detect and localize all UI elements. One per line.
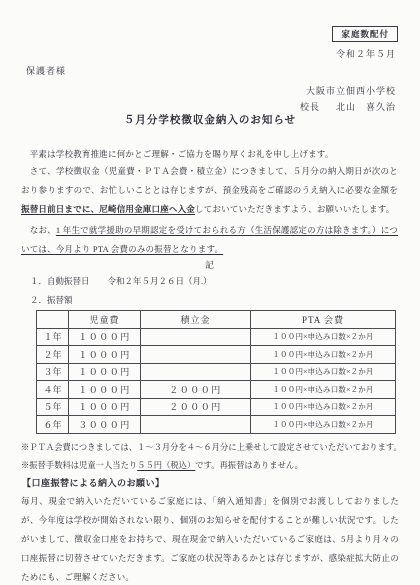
fee-note-text: ※振替手数料は児童一人当たり bbox=[21, 461, 137, 470]
first-grade-underline: 1 年生で就学援助の早期認定を受けておられる方（生活保護認定の方は除きます。）に… bbox=[21, 225, 398, 254]
amounts-table-wrapper: 児童費 積立金 PTA 会費 １年 １０００円 １００円×申込み口数×２か月 ２… bbox=[36, 310, 396, 434]
header-tsumitate: 積立金 bbox=[141, 311, 251, 329]
pta-cell: １００円×申込み口数×２か月 bbox=[251, 363, 396, 381]
account-transfer-request-paragraph: 毎月、現金で納入いただいているご家庭には、「納入通知書」を個別でお渡ししておりま… bbox=[21, 492, 399, 585]
recipient-line: 保護者様 bbox=[26, 64, 66, 77]
table-header-row: 児童費 積立金 PTA 会費 bbox=[37, 311, 396, 329]
grade-cell: ３年 bbox=[37, 363, 69, 381]
table-row: ３年 １０００円 １００円×申込み口数×２か月 bbox=[37, 363, 396, 381]
jidohi-cell: １０００円 bbox=[69, 328, 141, 346]
fee-note-tail: です。再振替はありません。 bbox=[195, 461, 303, 470]
pta-cell: １００円×申込み口数×２か月 bbox=[251, 398, 396, 416]
header-pta: PTA 会費 bbox=[251, 311, 396, 329]
tsumitate-cell bbox=[141, 363, 251, 381]
jidohi-cell: ３０００円 bbox=[69, 416, 141, 434]
pta-cell: １００円×申込み口数×２か月 bbox=[251, 381, 396, 399]
auto-transfer-date-label: １．自動振替日 bbox=[30, 276, 90, 286]
pta-fee-note: ※ＰＴＡ会費につきましては、１～３月分を４～６月分に上乗せして設定させていただい… bbox=[21, 439, 404, 457]
main-paragraph: さて、学校徴収金（児童費・ＰＴＡ会費・積立金）につきまして、５月分の納入期日が次… bbox=[21, 162, 398, 219]
document-title: ５月分学校徴収金納入のお知らせ bbox=[0, 112, 420, 127]
pta-cell: １００円×申込み口数×２か月 bbox=[251, 328, 396, 346]
pta-cell: １００円×申込み口数×２か月 bbox=[251, 346, 396, 364]
table-row: ４年 １０００円 ２０００円 １００円×申込み口数×２か月 bbox=[37, 381, 396, 399]
note-lead: なお、 bbox=[21, 225, 56, 235]
amounts-table: 児童費 積立金 PTA 会費 １年 １０００円 １００円×申込み口数×２か月 ２… bbox=[36, 310, 396, 434]
jidohi-cell: １０００円 bbox=[69, 381, 141, 399]
principal-title: 校長 bbox=[300, 102, 320, 112]
transfer-amount-item: ２．振替額 bbox=[30, 291, 73, 310]
school-name: 大阪市立佃西小学校 bbox=[306, 84, 396, 97]
principal-name: 北山 喜久治 bbox=[336, 102, 396, 112]
issue-date: 令和２年５月 bbox=[336, 47, 396, 60]
header-jidohi: 児童費 bbox=[69, 311, 141, 329]
table-row: ２年 １０００円 １００円×申込み口数×２か月 bbox=[37, 346, 396, 364]
grade-cell: ６年 bbox=[37, 416, 69, 434]
grade-cell: ４年 bbox=[37, 381, 69, 399]
tsumitate-cell bbox=[141, 328, 251, 346]
tsumitate-cell bbox=[141, 416, 251, 434]
account-transfer-request-heading: 【口座振替による納入のお願い】 bbox=[22, 474, 165, 493]
first-grade-note-paragraph: なお、1 年生で就学援助の早期認定を受けておられる方（生活保護認定の方は除きます… bbox=[21, 221, 398, 259]
jidohi-cell: １０００円 bbox=[69, 398, 141, 416]
jidohi-cell: １０００円 bbox=[69, 363, 141, 381]
table-row: １年 １０００円 １００円×申込み口数×２か月 bbox=[37, 328, 396, 346]
grade-cell: １年 bbox=[37, 328, 69, 346]
auto-transfer-date-value: 令和２年５月２６日（月.） bbox=[108, 276, 212, 286]
transfer-fee-note: ※振替手数料は児童一人当たり５５円（税込）です。再振替はありません。 bbox=[21, 457, 404, 475]
main-paragraph-text: さて、学校徴収金（児童費・ＰＴＡ会費・積立金）につきまして、５月分の納入期日が次… bbox=[21, 166, 398, 195]
header-grade bbox=[37, 311, 69, 329]
auto-transfer-date-item: １．自動振替日令和２年５月２６日（月.） bbox=[30, 272, 212, 291]
table-row: ５年 １０００円 ２０００円 １００円×申込み口数×２か月 bbox=[37, 398, 396, 416]
household-copy-badge: 家庭数配付 bbox=[332, 26, 398, 42]
document-page: 家庭数配付 令和２年５月 保護者様 大阪市立佃西小学校 校長北山 喜久治 ５月分… bbox=[0, 0, 420, 585]
table-row: ６年 ３０００円 １００円×申込み口数×２か月 bbox=[37, 416, 396, 434]
grade-cell: ２年 bbox=[37, 346, 69, 364]
fee-amount-underline: ５５円（税込） bbox=[137, 461, 195, 470]
main-paragraph-tail: しておいていただきますよう、お願いいたします。 bbox=[195, 204, 394, 214]
tsumitate-cell: ２０００円 bbox=[141, 398, 251, 416]
pta-cell: １００円×申込み口数×２か月 bbox=[251, 416, 396, 434]
tsumitate-cell bbox=[141, 346, 251, 364]
jidohi-cell: １０００円 bbox=[69, 346, 141, 364]
grade-cell: ５年 bbox=[37, 398, 69, 416]
transfer-deadline-emphasis: 振替日前日までに、尼崎信用金庫口座へ入金 bbox=[21, 204, 195, 214]
tsumitate-cell: ２０００円 bbox=[141, 381, 251, 399]
